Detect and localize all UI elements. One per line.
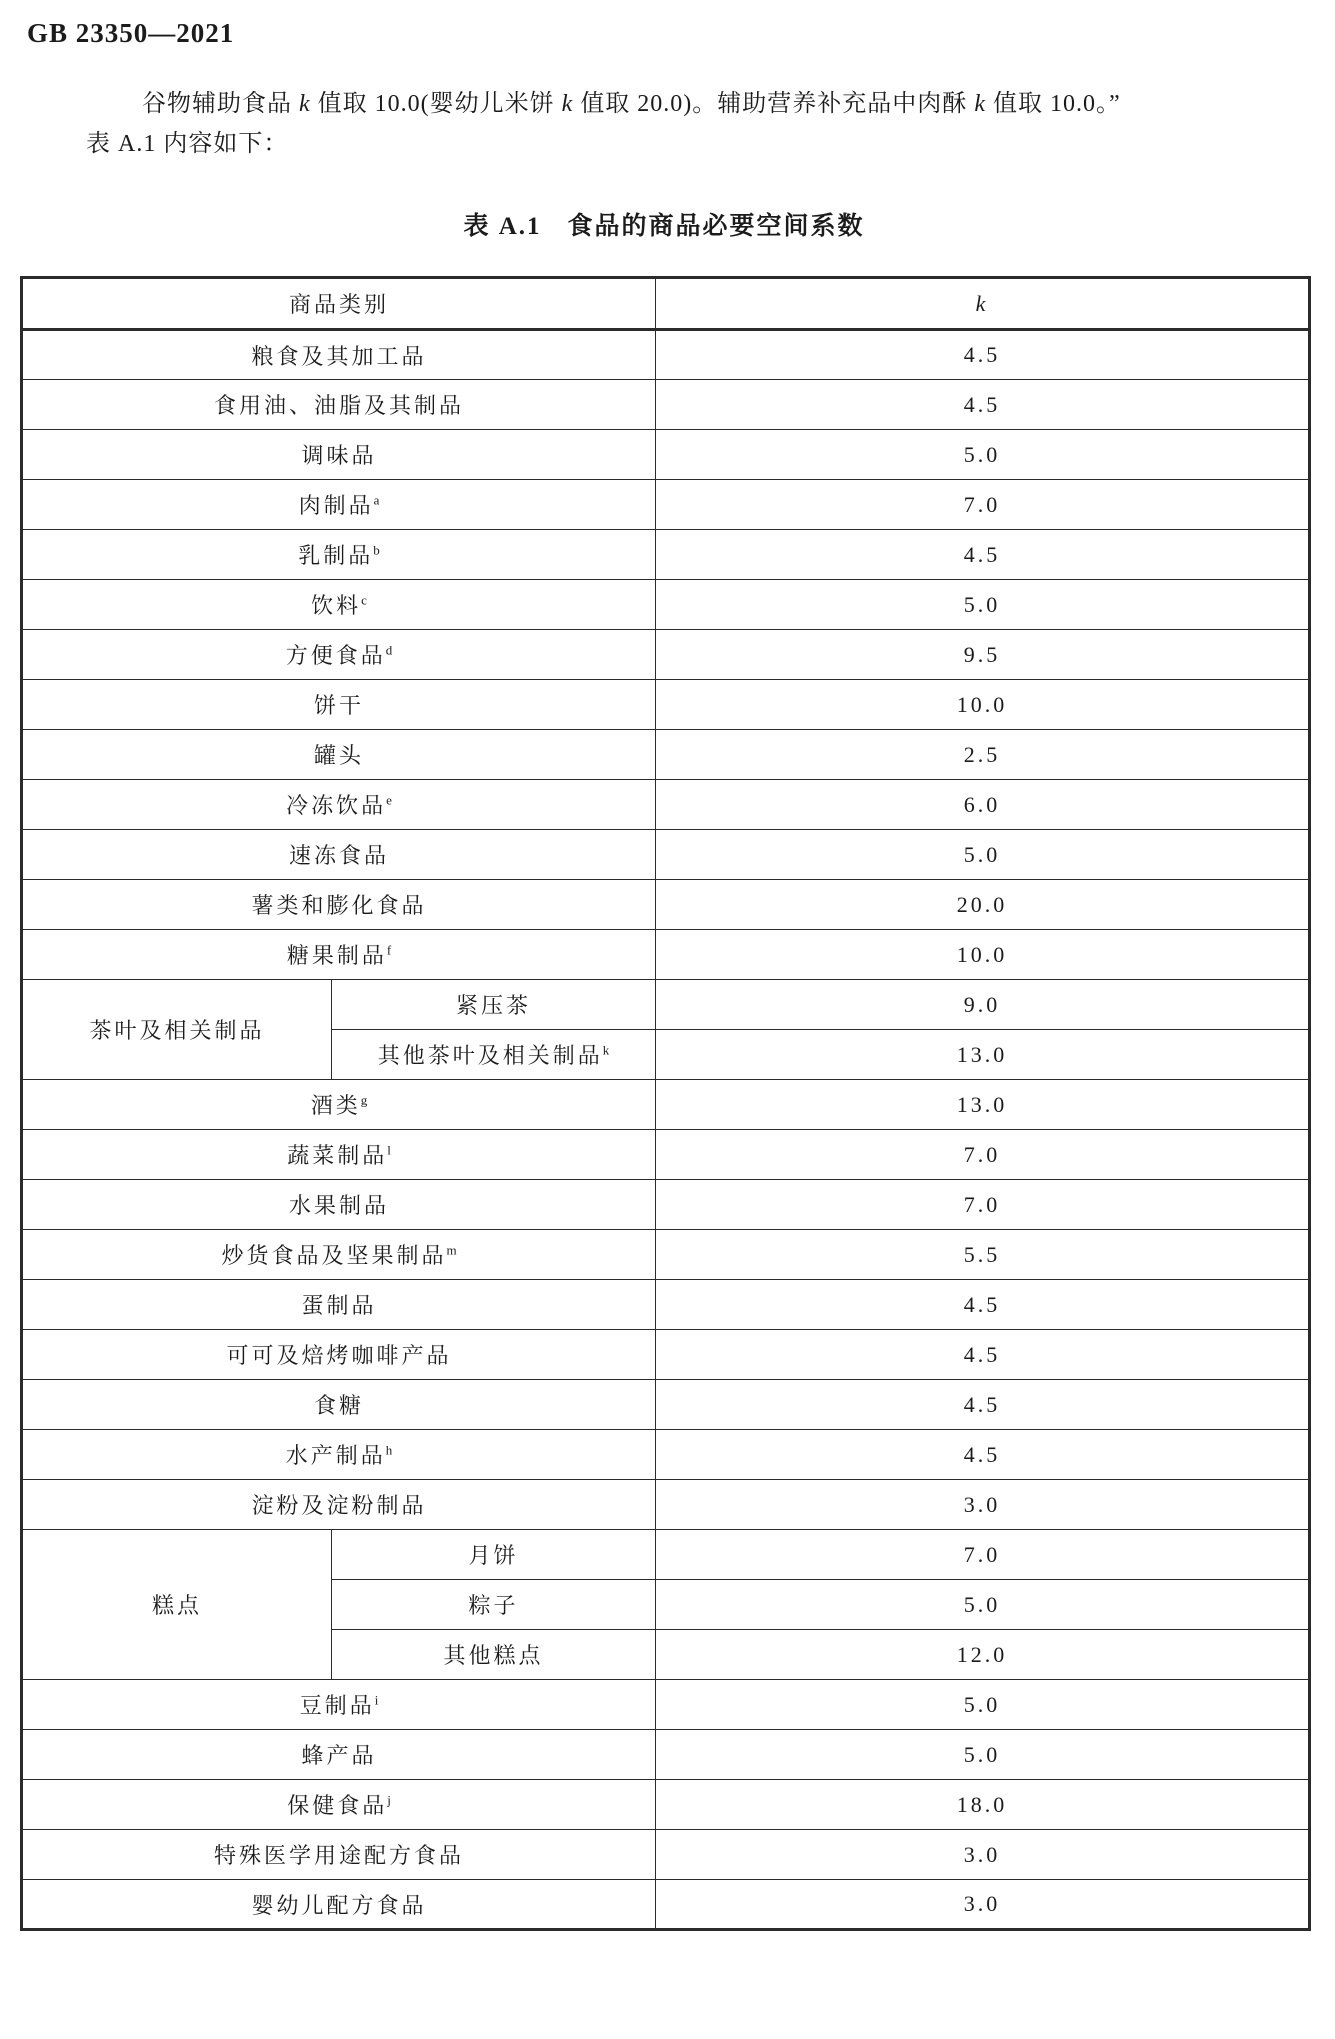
table-row: 水果制品7.0 [22, 1180, 1310, 1230]
k-value-cell: 9.5 [656, 630, 1310, 680]
table-row: 可可及焙烤咖啡产品4.5 [22, 1330, 1310, 1380]
paragraph-text: 谷物辅助食品 [142, 91, 299, 117]
k-value-cell: 4.5 [656, 530, 1310, 580]
k-symbol: k [562, 91, 574, 117]
k-value-cell: 4.5 [656, 1280, 1310, 1330]
group-category-cell: 茶叶及相关制品 [22, 980, 332, 1080]
category-cell: 特殊医学用途配方食品 [22, 1830, 656, 1880]
coefficient-table: 商品类别 k 粮食及其加工品4.5食用油、油脂及其制品4.5调味品5.0肉制品a… [20, 276, 1311, 1931]
footnote-marker: d [386, 643, 393, 658]
standard-number: GB 23350—2021 [27, 18, 234, 49]
paragraph-text: 值取 20.0)。辅助营养补充品中肉酥 [573, 91, 974, 117]
k-value-cell: 5.0 [656, 580, 1310, 630]
table-row: 酒类g13.0 [22, 1080, 1310, 1130]
paragraph-line-2: 表 A.1 内容如下： [86, 124, 1306, 164]
k-value-cell: 4.5 [656, 330, 1310, 380]
k-value-cell: 5.0 [656, 430, 1310, 480]
category-cell: 其他茶叶及相关制品k [332, 1030, 656, 1080]
footnote-marker: i [375, 1693, 379, 1708]
k-symbol: k [974, 91, 986, 117]
table-row: 水产制品h4.5 [22, 1430, 1310, 1480]
category-cell: 紧压茶 [332, 980, 656, 1030]
category-cell: 罐头 [22, 730, 656, 780]
table-row: 罐头2.5 [22, 730, 1310, 780]
table-row: 粮食及其加工品4.5 [22, 330, 1310, 380]
category-cell: 水果制品 [22, 1180, 656, 1230]
footnote-marker: g [361, 1093, 368, 1108]
k-value-cell: 3.0 [656, 1830, 1310, 1880]
document-page: GB 23350—2021 谷物辅助食品 k 值取 10.0(婴幼儿米饼 k 值… [0, 0, 1335, 2039]
k-value-cell: 9.0 [656, 980, 1310, 1030]
k-value-cell: 13.0 [656, 1030, 1310, 1080]
category-cell: 酒类g [22, 1080, 656, 1130]
table-row: 肉制品a7.0 [22, 480, 1310, 530]
k-value-cell: 5.0 [656, 1680, 1310, 1730]
category-cell: 粮食及其加工品 [22, 330, 656, 380]
table-row: 淀粉及淀粉制品3.0 [22, 1480, 1310, 1530]
k-value-cell: 12.0 [656, 1630, 1310, 1680]
footnote-marker: l [387, 1143, 391, 1158]
body-paragraph: 谷物辅助食品 k 值取 10.0(婴幼儿米饼 k 值取 20.0)。辅助营养补充… [86, 84, 1306, 164]
category-cell: 糖果制品f [22, 930, 656, 980]
table-row: 饼干10.0 [22, 680, 1310, 730]
table-header-row: 商品类别 k [22, 278, 1310, 330]
table-caption-label: 表 A.1 [463, 213, 541, 240]
k-value-cell: 5.0 [656, 830, 1310, 880]
footnote-marker: h [386, 1443, 393, 1458]
category-cell: 婴幼儿配方食品 [22, 1880, 656, 1930]
k-value-cell: 3.0 [656, 1880, 1310, 1930]
k-value-cell: 7.0 [656, 1530, 1310, 1580]
category-cell: 乳制品b [22, 530, 656, 580]
table-row: 炒货食品及坚果制品m5.5 [22, 1230, 1310, 1280]
k-value-cell: 4.5 [656, 1430, 1310, 1480]
table-row: 茶叶及相关制品紧压茶9.0 [22, 980, 1310, 1030]
category-cell: 冷冻饮品e [22, 780, 656, 830]
k-value-cell: 10.0 [656, 930, 1310, 980]
category-cell: 蜂产品 [22, 1730, 656, 1780]
footnote-marker: m [446, 1243, 456, 1258]
category-cell: 蔬菜制品l [22, 1130, 656, 1180]
category-cell: 食用油、油脂及其制品 [22, 380, 656, 430]
category-cell: 饮料c [22, 580, 656, 630]
k-value-cell: 18.0 [656, 1780, 1310, 1830]
table-row: 方便食品d9.5 [22, 630, 1310, 680]
footnote-marker: k [603, 1043, 610, 1058]
group-category-cell: 糕点 [22, 1530, 332, 1680]
category-cell: 饼干 [22, 680, 656, 730]
category-cell: 粽子 [332, 1580, 656, 1630]
table-row: 调味品5.0 [22, 430, 1310, 480]
k-value-cell: 2.5 [656, 730, 1310, 780]
k-value-cell: 4.5 [656, 380, 1310, 430]
table-row: 乳制品b4.5 [22, 530, 1310, 580]
paragraph-text: 值取 10.0(婴幼儿米饼 [311, 91, 562, 117]
k-symbol: k [299, 91, 311, 117]
category-cell: 保健食品j [22, 1780, 656, 1830]
footnote-marker: j [387, 1793, 391, 1808]
k-value-cell: 10.0 [656, 680, 1310, 730]
category-cell: 其他糕点 [332, 1630, 656, 1680]
k-value-cell: 20.0 [656, 880, 1310, 930]
table-row: 冷冻饮品e6.0 [22, 780, 1310, 830]
table-row: 蜂产品5.0 [22, 1730, 1310, 1780]
k-value-cell: 7.0 [656, 480, 1310, 530]
footnote-marker: f [387, 943, 391, 958]
footnote-marker: b [373, 543, 380, 558]
table-body: 商品类别 k 粮食及其加工品4.5食用油、油脂及其制品4.5调味品5.0肉制品a… [22, 278, 1310, 1930]
k-value-cell: 4.5 [656, 1330, 1310, 1380]
table-caption-title: 食品的商品必要空间系数 [568, 213, 865, 240]
category-cell: 食糖 [22, 1380, 656, 1430]
k-value-cell: 13.0 [656, 1080, 1310, 1130]
table-row: 婴幼儿配方食品3.0 [22, 1880, 1310, 1930]
table-row: 薯类和膨化食品20.0 [22, 880, 1310, 930]
footnote-marker: c [361, 593, 367, 608]
k-value-cell: 7.0 [656, 1130, 1310, 1180]
header-category-cell: 商品类别 [22, 278, 656, 330]
table-row: 豆制品i5.0 [22, 1680, 1310, 1730]
table-row: 蛋制品4.5 [22, 1280, 1310, 1330]
category-cell: 月饼 [332, 1530, 656, 1580]
category-cell: 调味品 [22, 430, 656, 480]
table-caption: 表 A.1食品的商品必要空间系数 [20, 206, 1308, 242]
category-cell: 蛋制品 [22, 1280, 656, 1330]
category-cell: 速冻食品 [22, 830, 656, 880]
table-row: 糕点月饼7.0 [22, 1530, 1310, 1580]
category-cell: 豆制品i [22, 1680, 656, 1730]
paragraph-line-1: 谷物辅助食品 k 值取 10.0(婴幼儿米饼 k 值取 20.0)。辅助营养补充… [86, 84, 1306, 124]
table-row: 蔬菜制品l7.0 [22, 1130, 1310, 1180]
table-row: 保健食品j18.0 [22, 1780, 1310, 1830]
table-row: 食糖4.5 [22, 1380, 1310, 1430]
header-k-cell: k [656, 278, 1310, 330]
k-value-cell: 5.5 [656, 1230, 1310, 1280]
paragraph-text: 值取 10.0。” [986, 91, 1121, 117]
footnote-marker: e [386, 793, 392, 808]
k-value-cell: 5.0 [656, 1580, 1310, 1630]
table-row: 特殊医学用途配方食品3.0 [22, 1830, 1310, 1880]
footnote-marker: a [374, 493, 380, 508]
k-value-cell: 7.0 [656, 1180, 1310, 1230]
category-cell: 肉制品a [22, 480, 656, 530]
k-value-cell: 6.0 [656, 780, 1310, 830]
table-row: 饮料c5.0 [22, 580, 1310, 630]
table-row: 食用油、油脂及其制品4.5 [22, 380, 1310, 430]
k-value-cell: 5.0 [656, 1730, 1310, 1780]
category-cell: 方便食品d [22, 630, 656, 680]
k-value-cell: 4.5 [656, 1380, 1310, 1430]
category-cell: 炒货食品及坚果制品m [22, 1230, 656, 1280]
k-value-cell: 3.0 [656, 1480, 1310, 1530]
category-cell: 可可及焙烤咖啡产品 [22, 1330, 656, 1380]
category-cell: 淀粉及淀粉制品 [22, 1480, 656, 1530]
table-row: 速冻食品5.0 [22, 830, 1310, 880]
category-cell: 薯类和膨化食品 [22, 880, 656, 930]
category-cell: 水产制品h [22, 1430, 656, 1480]
table-row: 糖果制品f10.0 [22, 930, 1310, 980]
